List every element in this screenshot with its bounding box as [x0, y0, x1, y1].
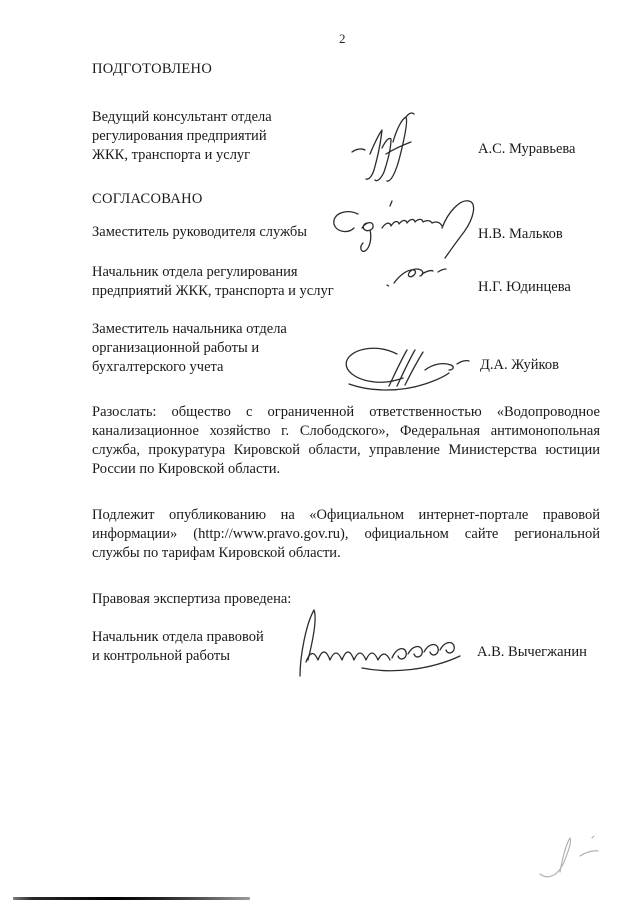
distribution-paragraph: Разослать: общество с ограниченной ответ… — [92, 403, 600, 479]
legal-review-title: Начальник отдела правовой и контрольной … — [92, 628, 264, 666]
legal-review-intro: Правовая экспертиза проведена: — [92, 590, 291, 609]
title-line: предприятий ЖКК, транспорта и услуг — [92, 282, 334, 301]
title-line: Заместитель руководителя службы — [92, 223, 307, 242]
agreed-title-3: Заместитель начальника отдела организаци… — [92, 320, 287, 377]
signer-name: Н.Г. Юдинцева — [478, 279, 571, 296]
prepared-title: Ведущий консультант отдела регулирования… — [92, 108, 272, 165]
signer-name: А.В. Вычегжанин — [477, 644, 587, 661]
signer-name: Н.В. Мальков — [478, 226, 563, 243]
signature-vychegzhanin — [270, 608, 475, 680]
agreed-heading: СОГЛАСОВАНО — [92, 191, 203, 208]
signature-muravyeva — [348, 112, 443, 184]
faint-pen-mark — [532, 832, 606, 886]
bottom-scan-line — [13, 897, 250, 900]
document-page: 2 ПОДГОТОВЛЕНО Ведущий консультант отдел… — [0, 0, 640, 905]
signature-zhuikov — [341, 340, 473, 394]
title-line: и контрольной работы — [92, 647, 264, 666]
title-line: бухгалтерского учета — [92, 358, 287, 377]
page-number: 2 — [339, 31, 346, 47]
title-line: Начальник отдела правовой — [92, 628, 264, 647]
signature-yudintseva — [384, 264, 448, 292]
title-line: Начальник отдела регулирования — [92, 263, 334, 282]
title-line: Ведущий консультант отдела — [92, 108, 272, 127]
agreed-title-2: Начальник отдела регулирования предприят… — [92, 263, 334, 301]
title-line: организационной работы и — [92, 339, 287, 358]
title-line: ЖКК, транспорта и услуг — [92, 146, 272, 165]
signer-name: Д.А. Жуйков — [480, 357, 559, 374]
publication-paragraph: Подлежит опубликованию на «Официальном и… — [92, 506, 600, 563]
signature-malkov — [326, 198, 488, 264]
agreed-title-1: Заместитель руководителя службы — [92, 223, 307, 242]
title-line: регулирования предприятий — [92, 127, 272, 146]
title-line: Заместитель начальника отдела — [92, 320, 287, 339]
prepared-heading: ПОДГОТОВЛЕНО — [92, 61, 212, 78]
signer-name: А.С. Муравьева — [478, 141, 575, 158]
